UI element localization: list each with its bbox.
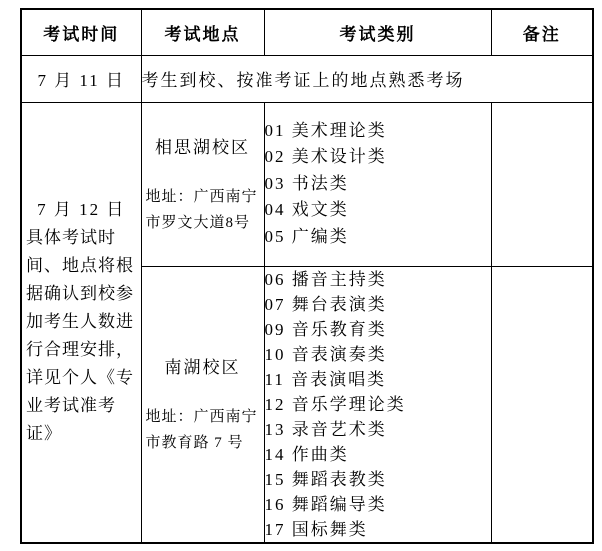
category-item: 09 音乐教育类: [265, 317, 491, 342]
campus-xiangsihu-name: 相思湖校区: [142, 133, 264, 158]
category-item: 01 美术理论类: [265, 118, 491, 145]
categories-nanhu-cell: 06 播音主持类07 舞台表演类09 音乐教育类10 音表演奏类11 音表演唱类…: [264, 266, 491, 543]
row-july11: 7 月 11 日 考生到校、按准考证上的地点熟悉考场: [21, 55, 593, 102]
header-exam-time: 考试时间: [21, 9, 141, 55]
category-item: 05 广编类: [265, 224, 491, 251]
categories-xiangsihu-cell: 01 美术理论类02 美术设计类03 书法类04 戏文类05 广编类: [264, 102, 491, 266]
remark-cell-xiangsihu: [491, 102, 593, 266]
category-item: 12 音乐学理论类: [265, 392, 491, 417]
category-item: 13 录音艺术类: [265, 417, 491, 442]
category-item: 10 音表演奏类: [265, 342, 491, 367]
campus-nanhu-cell: 南湖校区 地址：广西南宁 市教育路 7 号: [141, 266, 264, 543]
category-item: 15 舞蹈表教类: [265, 467, 491, 492]
exam-schedule-table: 考试时间 考试地点 考试类别 备注 7 月 11 日 考生到校、按准考证上的地点…: [20, 8, 594, 544]
remark-cell-nanhu: [491, 266, 593, 543]
category-item: 02 美术设计类: [265, 144, 491, 171]
category-item: 03 书法类: [265, 171, 491, 198]
categories-xiangsihu-list: 01 美术理论类02 美术设计类03 书法类04 戏文类05 广编类: [265, 118, 491, 251]
july11-date-cell: 7 月 11 日: [21, 55, 141, 102]
header-exam-category: 考试类别: [264, 9, 491, 55]
categories-nanhu-list: 06 播音主持类07 舞台表演类09 音乐教育类10 音表演奏类11 音表演唱类…: [265, 267, 491, 542]
category-item: 16 舞蹈编导类: [265, 492, 491, 517]
category-item: 11 音表演唱类: [265, 367, 491, 392]
category-item: 06 播音主持类: [265, 267, 491, 292]
july12-note: 具体考试时 间、地点将根 据确认到校参 加考生人数进 行合理安排， 详见个人《专…: [22, 224, 141, 448]
campus-nanhu-address: 地址：广西南宁 市教育路 7 号: [142, 404, 264, 456]
campus-xiangsihu-address: 地址：广西南宁 市罗文大道8号: [142, 184, 264, 236]
category-item: 17 国标舞类: [265, 517, 491, 542]
july12-date: 7 月 12 日: [22, 196, 141, 224]
campus-nanhu-name: 南湖校区: [142, 353, 264, 378]
document-page: 考试时间 考试地点 考试类别 备注 7 月 11 日 考生到校、按准考证上的地点…: [0, 0, 602, 551]
header-remarks: 备注: [491, 9, 593, 55]
category-item: 14 作曲类: [265, 442, 491, 467]
july11-note-cell: 考生到校、按准考证上的地点熟悉考场: [141, 55, 593, 102]
july12-time-cell: 7 月 12 日 具体考试时 间、地点将根 据确认到校参 加考生人数进 行合理安…: [21, 102, 141, 543]
header-exam-location: 考试地点: [141, 9, 264, 55]
table-header-row: 考试时间 考试地点 考试类别 备注: [21, 9, 593, 55]
campus-xiangsihu-cell: 相思湖校区 地址：广西南宁 市罗文大道8号: [141, 102, 264, 266]
row-july12-xiangsihu: 7 月 12 日 具体考试时 间、地点将根 据确认到校参 加考生人数进 行合理安…: [21, 102, 593, 266]
category-item: 07 舞台表演类: [265, 292, 491, 317]
category-item: 04 戏文类: [265, 197, 491, 224]
